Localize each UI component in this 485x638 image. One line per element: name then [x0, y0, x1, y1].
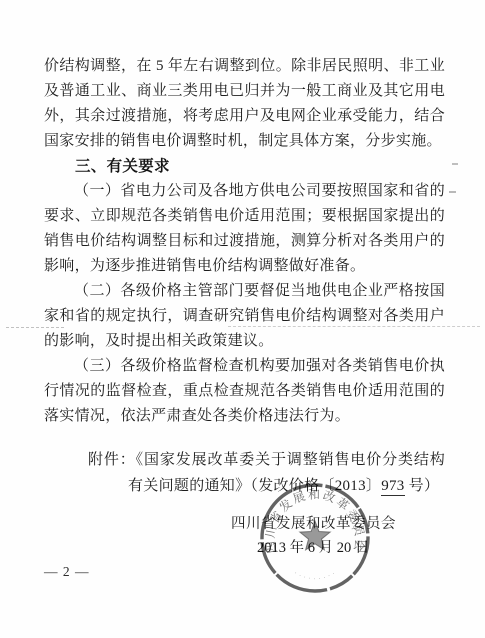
attachment-doc-number: 973 [381, 478, 404, 496]
section-heading: 三、有关要求 [44, 154, 445, 179]
seal-bottom-marks: · · · · · · · · · [293, 571, 337, 583]
attachment-note: 附件：《国家发展改革委关于调整销售电价分类结构有关问题的通知》（发改价格〔201… [88, 447, 445, 499]
document-body: 价结构调整，在 5 年左右调整到位。除非居民照明、非工业及普通工业、商业三类用电… [44, 0, 445, 499]
scan-artifact-dashed-line-right [228, 326, 480, 327]
body-paragraph-1: （一）省电力公司及各地方供电公司要按照国家和省的要求、立即规范各类销售电价适用范… [44, 179, 445, 279]
attachment-label: 附件： [88, 452, 136, 468]
body-paragraph-3: （三）各级价格监督检查机构要加强对各类销售电价执行情况的监督检查，重点检查规范各… [44, 354, 445, 429]
scan-artifact-tick-bottom [449, 191, 456, 193]
issuer-name: 四川省发展和改革委员会 [231, 512, 396, 533]
attachment-suffix-text: 号） [405, 478, 440, 494]
scan-artifact-dashed-line-left [6, 327, 64, 328]
issue-date: 2013 年 6 月 20 日 [257, 536, 369, 557]
page-number: — 2 — [44, 564, 90, 580]
body-paragraph-2: （二）各级价格主管部门要督促当地供电企业严格按国家和省的规定执行，调查研究销售电… [44, 279, 445, 354]
scanned-document-page: 价结构调整，在 5 年左右调整到位。除非居民照明、非工业及普通工业、商业三类用电… [0, 0, 485, 638]
body-paragraph-continuation: 价结构调整，在 5 年左右调整到位。除非居民照明、非工业及普通工业、商业三类用电… [44, 54, 445, 154]
scan-artifact-tick-top [452, 163, 458, 165]
